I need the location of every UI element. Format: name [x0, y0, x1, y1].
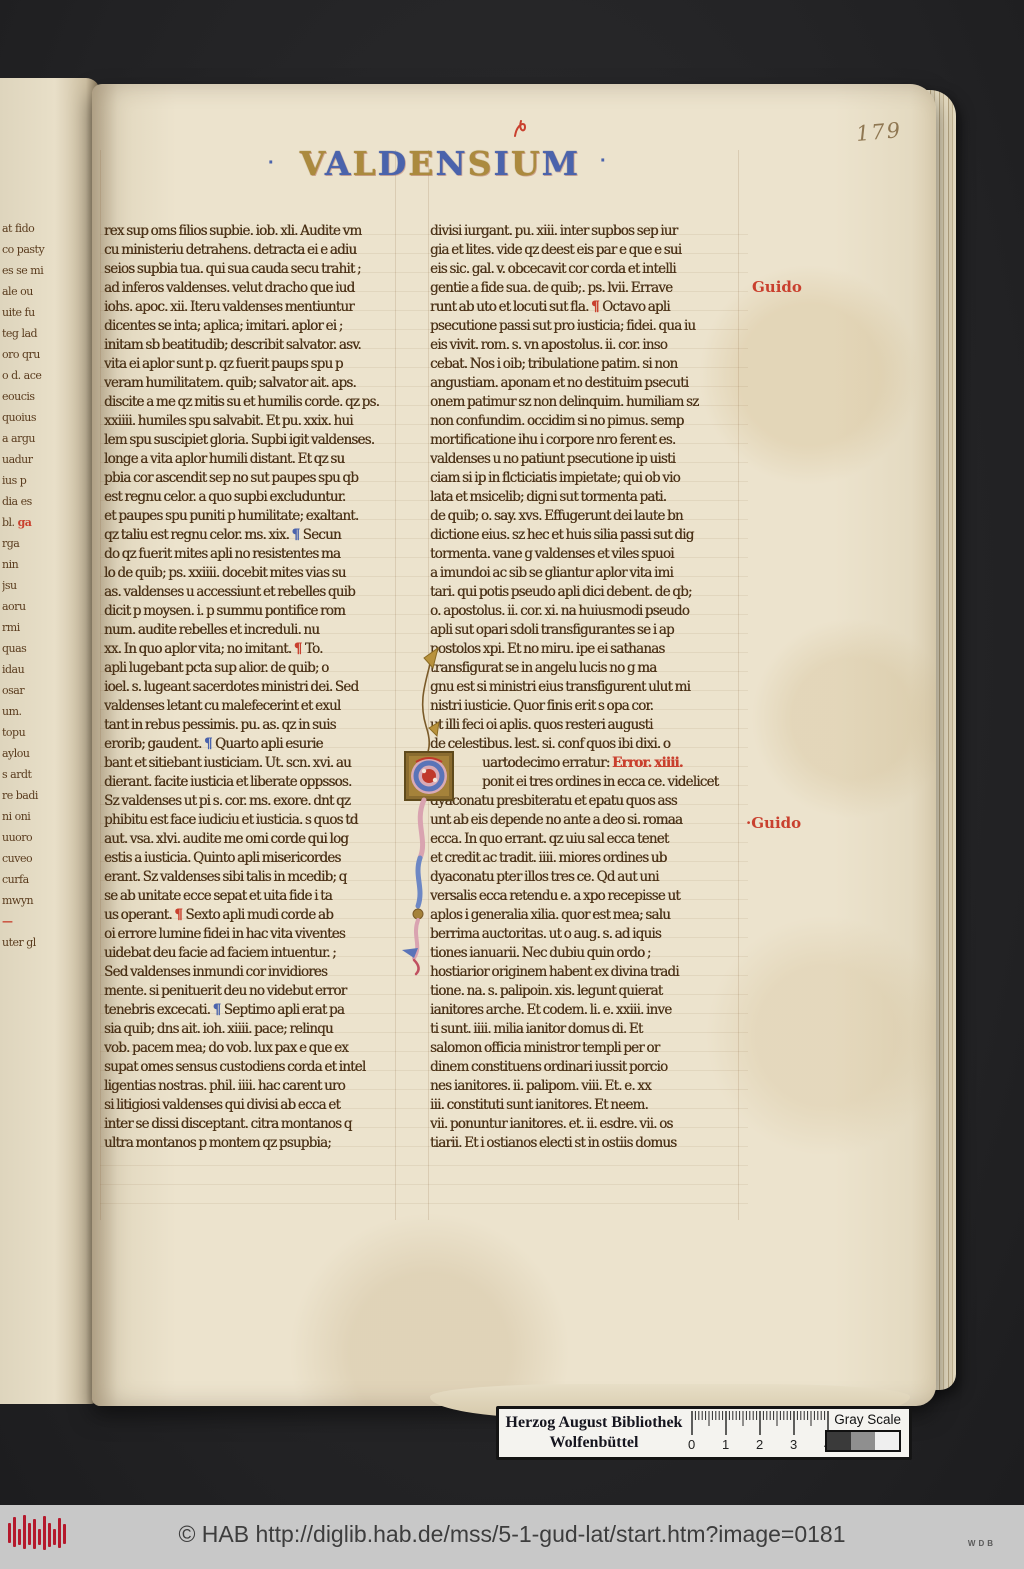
- manuscript-line: ni oni: [2, 806, 56, 827]
- manuscript-line: supat omes sensus custodiens corda et in…: [104, 1058, 394, 1077]
- red-flourish-mark: [512, 118, 528, 143]
- manuscript-line: uuoro: [2, 827, 56, 848]
- manuscript-line: valdenses u no patiunt psecutione ip uis…: [430, 450, 736, 469]
- manuscript-line: iohs. apoc. xii. Iteru valdenses mentiun…: [104, 298, 394, 317]
- manuscript-line: salomon officia ministror templi per or: [430, 1039, 736, 1058]
- manuscript-line: inter se dissi disceptant. citra montano…: [104, 1115, 394, 1134]
- manuscript-line: tormenta. vane g valdenses et viles spuo…: [430, 545, 736, 564]
- manuscript-line: initam sb beatitudib; describit salvator…: [104, 336, 394, 355]
- gray-scale-swatches: [825, 1430, 901, 1452]
- ruler-ticks: [687, 1411, 837, 1437]
- manuscript-line: quoius: [2, 407, 56, 428]
- gray-swatch: [875, 1432, 899, 1450]
- manuscript-line: ligentias nostras. phil. iiii. hac caren…: [104, 1077, 394, 1096]
- manuscript-line: dyaconatu presbiteratu et epatu quos ass: [430, 792, 736, 811]
- manuscript-line: o d. ace: [2, 365, 56, 386]
- manuscript-line: at fido: [2, 218, 56, 239]
- footer-strip: © HAB http://diglib.hab.de/mss/5-1-gud-l…: [0, 1505, 1024, 1569]
- manuscript-line: s ardt: [2, 764, 56, 785]
- folio-number: 179: [855, 118, 903, 146]
- manuscript-line: qz taliu est regnu celor. ms. xix. ¶ Sec…: [104, 526, 394, 545]
- manuscript-line: rmi: [2, 617, 56, 638]
- right-column: divisi iurgant. pu. xiii. inter supbos s…: [430, 222, 736, 1153]
- manuscript-line: ianitores arche. Et codem. li. e. xxiii.…: [430, 1001, 736, 1020]
- manuscript-line: idau: [2, 659, 56, 680]
- manuscript-line: o. apostolus. ii. cor. xi. na huiusmodi …: [430, 602, 736, 621]
- manuscript-line: uter gl: [2, 932, 56, 953]
- facing-page-fragments: at fidoco pastyes se miale ouuite futeg …: [2, 218, 56, 1008]
- manuscript-line: tari. qui potis pseudo apli dici debent.…: [430, 583, 736, 602]
- gray-swatch: [827, 1432, 851, 1450]
- manuscript-line: ioel. s. lugeant sacerdotes ministri dei…: [104, 678, 394, 697]
- manuscript-line: cebat. Nos i oib; tribulatione patim. si…: [430, 355, 736, 374]
- manuscript-line: oro qru: [2, 344, 56, 365]
- manuscript-line: nes ianitores. ii. palipom. viii. Et. e.…: [430, 1077, 736, 1096]
- manuscript-line: ad inferos valdenses. velut dracho que i…: [104, 279, 394, 298]
- manuscript-line: longe a vita aplor humili distant. Et qz…: [104, 450, 394, 469]
- ruler-number: 0: [688, 1437, 695, 1452]
- manuscript-line: vita ei aplor sunt p. qz fuerit paups sp…: [104, 355, 394, 374]
- manuscript-line: dia es: [2, 491, 56, 512]
- manuscript-line: num. audite rebelles et increduli. nu: [104, 621, 394, 640]
- copyright-line: © HAB http://diglib.hab.de/mss/5-1-gud-l…: [0, 1521, 1024, 1548]
- manuscript-line: berrima auctoritas. ut o aug. s. ad iqui…: [430, 925, 736, 944]
- manuscript-line: apli lugebant pcta sup alior. de quib; o: [104, 659, 394, 678]
- manuscript-line: xx. In quo aplor vita; no imitant. ¶ To.: [104, 640, 394, 659]
- manuscript-line: ecca. In quo errant. qz uiu sal ecca ten…: [430, 830, 736, 849]
- manuscript-line: vob. pacem mea; do vob. lux pax e que ex: [104, 1039, 394, 1058]
- manuscript-line: runt ab uto et locuti sut fla. ¶ Octavo …: [430, 298, 736, 317]
- institution-label: Herzog August Bibliothek Wolfenbüttel: [505, 1413, 683, 1453]
- manuscript-line: divisi iurgant. pu. xiii. inter supbos s…: [430, 222, 736, 241]
- manuscript-line: lata et msicelib; digni sut tormenta pat…: [430, 488, 736, 507]
- manuscript-line: a argu: [2, 428, 56, 449]
- manuscript-line: —: [2, 911, 56, 932]
- manuscript-line: mente. si penituerit deu no videbut erro…: [104, 982, 394, 1001]
- header-letter: D: [378, 144, 409, 183]
- ruler-numbers: 01234: [687, 1437, 837, 1455]
- manuscript-line: tenebris excecati. ¶ Septimo apli erat p…: [104, 1001, 394, 1020]
- manuscript-line: um.: [2, 701, 56, 722]
- manuscript-line: se ab unitate ecce sepat et uita fide i …: [104, 887, 394, 906]
- manuscript-line: eis vivit. rom. s. vn apostolus. ii. cor…: [430, 336, 736, 355]
- header-letter: L: [352, 144, 377, 183]
- left-column: rex sup oms filios supbie. iob. xli. Aud…: [104, 222, 394, 1153]
- manuscript-line: vii. ponuntur ianitores. et. ii. esdre. …: [430, 1115, 736, 1134]
- manuscript-line: curfa: [2, 869, 56, 890]
- manuscript-line: postolos xpi. Et no miru. ipe ei sathana…: [430, 640, 736, 659]
- manuscript-line: xxiiii. humiles spu salvabit. Et pu. xxi…: [104, 412, 394, 431]
- institution-line1: Herzog August Bibliothek: [505, 1413, 683, 1433]
- manuscript-line: gentie a fide sua. de quib;. ps. lvii. E…: [430, 279, 736, 298]
- manuscript-line: cu ministeriu detrahens. detracta ei e a…: [104, 241, 394, 260]
- manuscript-line: rex sup oms filios supbie. iob. xli. Aud…: [104, 222, 394, 241]
- manuscript-line: ius p: [2, 470, 56, 491]
- manuscript-line: nistri iusticie. Quor finis erit s opa c…: [430, 697, 736, 716]
- manuscript-line: ut illi feci oi aplis. quos resteri augu…: [430, 716, 736, 735]
- column-rule: [738, 150, 739, 1220]
- manuscript-line: est regnu celor. a quo supbi excluduntur…: [104, 488, 394, 507]
- manuscript-line: do qz fuerit mites apli no resistentes m…: [104, 545, 394, 564]
- marginal-note-guido-1: Guido: [752, 278, 802, 296]
- manuscript-line: co pasty: [2, 239, 56, 260]
- manuscript-line: rga: [2, 533, 56, 554]
- manuscript-line: oi errore lumine fidei in hac vita viven…: [104, 925, 394, 944]
- manuscript-line: cuveo: [2, 848, 56, 869]
- gray-scale-label: Gray Scale: [834, 1412, 901, 1427]
- manuscript-line: bant et sitiebant iusticiam. Ut. scn. xv…: [104, 754, 394, 773]
- manuscript-line: osar: [2, 680, 56, 701]
- manuscript-line: re badi: [2, 785, 56, 806]
- manuscript-line: dicit p moysen. i. p summu pontifice rom: [104, 602, 394, 621]
- manuscript-line: ponit ei tres ordines in ecca ce. videli…: [430, 773, 736, 792]
- manuscript-line: tant in rebus pessimis. pu. as. qz in su…: [104, 716, 394, 735]
- manuscript-line: gia et lites. vide qz deest eis par e qu…: [430, 241, 736, 260]
- manuscript-line: lo de quib; ps. xxiiii. docebit mites vi…: [104, 564, 394, 583]
- manuscript-line: dierant. facite iusticia et liberate opp…: [104, 773, 394, 792]
- header-letter: M: [542, 144, 581, 183]
- marginal-note-guido-2: ·Guido: [746, 814, 801, 832]
- manuscript-line: pbia cor ascendit sep no sut paupes spu …: [104, 469, 394, 488]
- decorated-initial-Q: [396, 640, 466, 976]
- manuscript-line: dyaconatu pter illos tres ce. Qd aut uni: [430, 868, 736, 887]
- header-letter: I: [493, 144, 510, 183]
- manuscript-line: dinem constituens ordinari iussit porcio: [430, 1058, 736, 1077]
- manuscript-line: ultra montanos p montem qz psupbia;: [104, 1134, 394, 1153]
- manuscript-line: et paupes spu puniti p humilitate; exalt…: [104, 507, 394, 526]
- manuscript-line: Sz valdenses ut pi s. cor. ms. exore. dn…: [104, 792, 394, 811]
- manuscript-line: seios supbia tua. qui sua cauda secu tra…: [104, 260, 394, 279]
- manuscript-line: jsu: [2, 575, 56, 596]
- manuscript-line: non confundim. occidim si no pimus. semp: [430, 412, 736, 431]
- manuscript-line: aylou: [2, 743, 56, 764]
- manuscript-line: nin: [2, 554, 56, 575]
- manuscript-line: eoucis: [2, 386, 56, 407]
- manuscript-line: tiones ianuarii. Nec dubiu quin ordo ;: [430, 944, 736, 963]
- facing-page-edge: at fidoco pastyes se miale ouuite futeg …: [0, 78, 100, 1404]
- header-letter: E: [408, 144, 435, 183]
- header-letter: N: [435, 144, 467, 183]
- calibration-bar: Herzog August Bibliothek Wolfenbüttel 01…: [496, 1406, 912, 1460]
- manuscript-line: uadur: [2, 449, 56, 470]
- manuscript-line: si litigiosi valdenses qui divisi ab ecc…: [104, 1096, 394, 1115]
- institution-line2: Wolfenbüttel: [505, 1433, 683, 1453]
- digitized-manuscript-viewer: { "colors":{ "parchment":"#ece3cd","ink"…: [0, 0, 1024, 1569]
- header-letter: A: [325, 144, 353, 183]
- manuscript-line: dicentes se inta; aplica; imitari. aplor…: [104, 317, 394, 336]
- manuscript-line: eis sic. gal. v. obcecavit cor corda et …: [430, 260, 736, 279]
- header-letter: S: [468, 144, 494, 183]
- ruler-number: 2: [756, 1437, 763, 1452]
- ruler-number: 1: [722, 1437, 729, 1452]
- manuscript-line: ale ou: [2, 281, 56, 302]
- manuscript-line: uartodecimo erratur: Error. xiiii.: [430, 754, 736, 773]
- initial-flourish-art: [396, 640, 466, 976]
- header-letter: U: [511, 144, 542, 183]
- manuscript-line: bl. ga: [2, 512, 56, 533]
- header-dot-left: ·: [268, 152, 275, 175]
- manuscript-line: sia quib; dns ait. ioh. xiiii. pace; rel…: [104, 1020, 394, 1039]
- manuscript-line: unt ab eis depende no ante a deo si. rom…: [430, 811, 736, 830]
- manuscript-line: as. valdenses u accessiunt et rebelles q…: [104, 583, 394, 602]
- gray-swatch: [851, 1432, 875, 1450]
- manuscript-line: versalis ecca retendu e. a xpo recepisse…: [430, 887, 736, 906]
- manuscript-line: de quib; o. say. xvs. Effugerunt dei lau…: [430, 507, 736, 526]
- manuscript-line: hostiarior originem habent ex divina tra…: [430, 963, 736, 982]
- manuscript-line: quas: [2, 638, 56, 659]
- wdb-label: WDB: [968, 1539, 996, 1548]
- manuscript-line: a imundoi ac sib se gliantur aplor vita …: [430, 564, 736, 583]
- manuscript-line: et credit ac tradit. iiii. miores ordine…: [430, 849, 736, 868]
- manuscript-line: us operant. ¶ Sexto apli mudi corde ab: [104, 906, 394, 925]
- header-title: VALDENSIUM: [284, 138, 596, 190]
- ruler-number: 3: [790, 1437, 797, 1452]
- manuscript-line: aoru: [2, 596, 56, 617]
- manuscript-line: topu: [2, 722, 56, 743]
- manuscript-line: mwyn: [2, 890, 56, 911]
- manuscript-line: de celestibus. lest. si. conf quos ibi d…: [430, 735, 736, 754]
- manuscript-line: erant. Sz valdenses sibi talis in mcedib…: [104, 868, 394, 887]
- manuscript-line: apli sut opari sdoli transfigurantes se …: [430, 621, 736, 640]
- manuscript-line: dictione eius. sz hec et huis silia pass…: [430, 526, 736, 545]
- manuscript-line: mortificatione ihu i corpore nro ferent …: [430, 431, 736, 450]
- manuscript-line: tione. na. s. palipoin. xis. legunt quie…: [430, 982, 736, 1001]
- header-dot-right: ·: [600, 150, 607, 173]
- manuscript-line: psecutione passi sut pro iusticia; fidei…: [430, 317, 736, 336]
- manuscript-line: tiarii. Et i ostianos electi st in ostii…: [430, 1134, 736, 1153]
- column-rule: [100, 150, 101, 1220]
- manuscript-line: ciam si ip in flcticiatis impietate; qui…: [430, 469, 736, 488]
- manuscript-line: transfigurat se in angelu lucis no g ma: [430, 659, 736, 678]
- manuscript-line: ti sunt. iiii. milia ianitor domus di. E…: [430, 1020, 736, 1039]
- manuscript-line: gnu est si ministri eius transfigurent u…: [430, 678, 736, 697]
- manuscript-line: uite fu: [2, 302, 56, 323]
- manuscript-line: phibitu est face iudiciu et iusticia. s …: [104, 811, 394, 830]
- header-letter: V: [300, 144, 325, 183]
- manuscript-line: estis a iusticia. Quinto apli misericord…: [104, 849, 394, 868]
- manuscript-line: erorib; gaudent. ¶ Quarto apli esurie: [104, 735, 394, 754]
- manuscript-line: aut. vsa. xlvi. audite me omi corde qui …: [104, 830, 394, 849]
- manuscript-line: iii. constituti sunt ianitores. Et neem.: [430, 1096, 736, 1115]
- manuscript-line: teg lad: [2, 323, 56, 344]
- manuscript-line: es se mi: [2, 260, 56, 281]
- manuscript-line: valdenses letant cu malefecerint et exul: [104, 697, 394, 716]
- manuscript-line: uidebat deu facie ad faciem intuentur. ;: [104, 944, 394, 963]
- manuscript-line: lem spu suscipiet gloria. Supbi igit val…: [104, 431, 394, 450]
- manuscript-line: onem patimur sz non delinquim. humiliam …: [430, 393, 736, 412]
- manuscript-line: angustiam. aponam et no destituim psecut…: [430, 374, 736, 393]
- manuscript-line: aplos i generalia xilia. quor est mea; s…: [430, 906, 736, 925]
- manuscript-line: veram humilitatem. quib; salvator ait. a…: [104, 374, 394, 393]
- manuscript-line: discite a me qz mitis su et humilis cord…: [104, 393, 394, 412]
- manuscript-line: Sed valdenses inmundi cor invidiores: [104, 963, 394, 982]
